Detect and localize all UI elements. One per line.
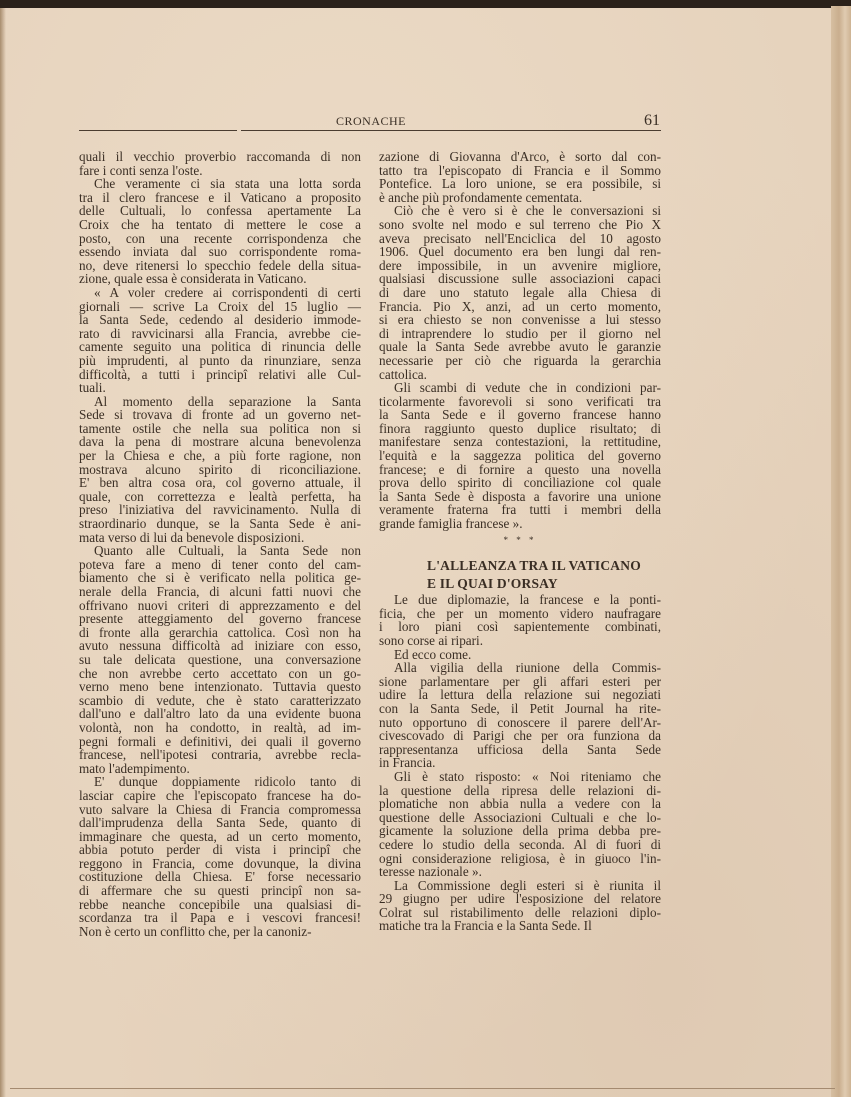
text-line: Sede si trovava di fronte ad un governo … bbox=[79, 408, 361, 422]
text-line: per la Chiesa e che, a più forte ragione… bbox=[79, 449, 361, 463]
text-line: francese, nell'ipotesi contraria, avrebb… bbox=[79, 748, 361, 762]
text-line: essendo inviata dal suo corrispondente r… bbox=[79, 245, 361, 259]
text-line: sione parlamentare per gli affari esteri… bbox=[379, 675, 661, 689]
text-line: di affermare che su questi principî non … bbox=[79, 884, 361, 898]
text-line: offrivano nuovi criteri di apprezzamento… bbox=[79, 599, 361, 613]
header-rule-left bbox=[79, 130, 237, 131]
text-line: ficia, che per un momento videro naufrag… bbox=[379, 607, 661, 621]
text-line: poteva fare a meno di tener conto del ca… bbox=[79, 558, 361, 572]
text-line: ogni considerazione religiosa, è in giuo… bbox=[379, 852, 661, 866]
text-line: dere impossibile, in un avvenire miglior… bbox=[379, 259, 661, 273]
text-line: Colrat sul ristabilimento delle relazion… bbox=[379, 906, 661, 920]
text-line: difficoltà, a tutti i principî relativi … bbox=[79, 368, 361, 382]
text-line: scambio di vedute, che è stato caratteri… bbox=[79, 694, 361, 708]
text-line: di intraprendere lo studio per il giorno… bbox=[379, 327, 661, 341]
section-heading: E IL QUAI D'ORSAY bbox=[379, 575, 661, 592]
page-number: 61 bbox=[644, 112, 660, 130]
text-line: grande famiglia francese ». bbox=[379, 517, 661, 531]
text-line: cedere lo studio della seconda. Al di fu… bbox=[379, 838, 661, 852]
text-line: la questione della ripresa delle relazio… bbox=[379, 784, 661, 798]
text-line: necessarie per ciò che riguarda la gerar… bbox=[379, 354, 661, 368]
text-line: matiche tra la Francia e la Santa Sede. … bbox=[379, 919, 661, 933]
text-line: Quanto alle Cultuali, la Santa Sede non bbox=[79, 544, 361, 558]
text-line: dall'uno e dall'altro lato da una eviden… bbox=[79, 707, 361, 721]
text-line: l'equità e la saggezza politica del gove… bbox=[379, 449, 661, 463]
text-line: Francia. Pio X, anzi, ad un certo moment… bbox=[379, 300, 661, 314]
binding-shadow bbox=[0, 8, 6, 1097]
text-line: udire la lettura della relazione sui neg… bbox=[379, 688, 661, 702]
text-line: E' dunque doppiamente ridicolo tanto di bbox=[79, 775, 361, 789]
text-line: aveva precisato nell'Enciclica del 10 ag… bbox=[379, 232, 661, 246]
text-line: mato l'adempimento. bbox=[79, 762, 361, 776]
page-edge-stack bbox=[831, 6, 851, 1097]
text-line: finora raggiunto questo duplice risultat… bbox=[379, 422, 661, 436]
running-header: CRONACHE 61 bbox=[78, 112, 658, 132]
text-line: tuali. bbox=[79, 381, 361, 395]
text-line: Gli scambi di vedute che in condizioni p… bbox=[379, 381, 661, 395]
text-line: francese; e di fornire a questo una nove… bbox=[379, 463, 661, 477]
text-line: con la Santa Sede, il Petit Journal ha r… bbox=[379, 702, 661, 716]
running-title: CRONACHE bbox=[336, 114, 406, 129]
text-line: sono corse ai ripari. bbox=[379, 634, 661, 648]
text-line: « A voler credere ai corrispondenti di c… bbox=[79, 286, 361, 300]
text-line: ticolarmente favorevoli si sono verifica… bbox=[379, 395, 661, 409]
text-line: delle Cultuali, lo confessa apertamente … bbox=[79, 204, 361, 218]
text-line: quale la Santa Sede avrebbe avuto le gar… bbox=[379, 340, 661, 354]
text-line: che non avrebbe certo accettato con un g… bbox=[79, 667, 361, 681]
section-break-asterisks: * * * bbox=[379, 534, 661, 548]
text-line: Alla vigilia della riunione della Commis… bbox=[379, 661, 661, 675]
text-line: Che veramente ci sia stata una lotta sor… bbox=[79, 177, 361, 191]
text-line: prova dello spirito di conciliazione col… bbox=[379, 476, 661, 490]
text-line: è anche più profondamente cementata. bbox=[379, 191, 661, 205]
text-line: più imprudenti, al punto da rinunziare, … bbox=[79, 354, 361, 368]
text-line: rato di ravvicinarsi alla Francia, avreb… bbox=[79, 327, 361, 341]
text-line: volontà, non ha condotto, in realtà, ad … bbox=[79, 721, 361, 735]
text-line: plomatiche non abbia nulla a vedere con … bbox=[379, 797, 661, 811]
text-line: di fronte alla gerarchia cattolica. Così… bbox=[79, 626, 361, 640]
text-line: dall'imprudenza della Santa Sede, quanto… bbox=[79, 816, 361, 830]
text-line: scordanza tra il Papa e i vescovi france… bbox=[79, 911, 361, 925]
text-line: la Santa Sede, cedendo al desiderio immo… bbox=[79, 313, 361, 327]
text-line: quali il vecchio proverbio raccomanda di… bbox=[79, 150, 361, 164]
text-line: Non è certo un conflitto che, per la can… bbox=[79, 925, 361, 939]
text-line: di dare uno statuto legale alla Chiesa d… bbox=[379, 286, 661, 300]
text-line: presente atteggiamento del governo franc… bbox=[79, 612, 361, 626]
text-line: E' ben altra cosa ora, col governo attua… bbox=[79, 476, 361, 490]
text-line: i loro piani così sapientemente combinat… bbox=[379, 620, 661, 634]
text-line: nerale della Francia, di alcuni fatti nu… bbox=[79, 585, 361, 599]
text-line: 29 giugno per udire l'esposizione del re… bbox=[379, 892, 661, 906]
text-line: preso l'iniziativa del ravvicinamento. N… bbox=[79, 503, 361, 517]
text-line: tatto tra l'episcopato di Francia e il S… bbox=[379, 164, 661, 178]
text-line: no, deve ritenersi lo specchio fedele de… bbox=[79, 259, 361, 273]
text-line: verno meno bene intenzionato. Tuttavia q… bbox=[79, 680, 361, 694]
text-line: rappresentanza ufficiosa della Santa Sed… bbox=[379, 743, 661, 757]
text-line: tra il clero francese e il Vaticano a pr… bbox=[79, 191, 361, 205]
text-line: teresse nazionale ». bbox=[379, 865, 661, 879]
text-line: quale, con correttezza e lealtà perfetta… bbox=[79, 490, 361, 504]
text-line: la Santa Sede e il governo francese hann… bbox=[379, 408, 661, 422]
text-line: mostrava alcuno spirito di riconciliazio… bbox=[79, 463, 361, 477]
text-line: La Commissione degli esteri si è riunita… bbox=[379, 879, 661, 893]
left-column: quali il vecchio proverbio raccomanda di… bbox=[79, 150, 361, 938]
text-line: manifestare senza contestazioni, la rett… bbox=[379, 435, 661, 449]
text-line: pegni formali e definitivi, dei quali il… bbox=[79, 735, 361, 749]
text-line: biamento che si è verificato nella polit… bbox=[79, 571, 361, 585]
section-heading: L'ALLEANZA TRA IL VATICANO bbox=[379, 557, 661, 574]
text-line: Pontefice. La loro unione, se era possib… bbox=[379, 177, 661, 191]
page-bottom-edge bbox=[10, 1088, 835, 1089]
text-line: Le due diplomazie, la francese e la pont… bbox=[379, 593, 661, 607]
text-line: tamente ostile che nella sua politica no… bbox=[79, 422, 361, 436]
text-line: questione delle Associazioni Cultuali e … bbox=[379, 811, 661, 825]
text-line: su tale delicata questione, una conversa… bbox=[79, 653, 361, 667]
text-line: si era chiesto se non convenisse a lui s… bbox=[379, 313, 661, 327]
text-line: sono svolte nel modo e sul terreno che P… bbox=[379, 218, 661, 232]
text-line: giornali — scrive La Croix del 15 luglio… bbox=[79, 300, 361, 314]
right-column: zazione di Giovanna d'Arco, è sorto dal … bbox=[379, 150, 661, 933]
text-line: Al momento della separazione la Santa bbox=[79, 395, 361, 409]
text-line: cattolica. bbox=[379, 368, 661, 382]
text-line: immaginare che questa, ad un certo momen… bbox=[79, 830, 361, 844]
text-line: Croix che ha tentato di mettere le cose … bbox=[79, 218, 361, 232]
text-line: avuto nessuna difficoltà ad iniziare con… bbox=[79, 639, 361, 653]
text-line: la Santa Sede è disposta a favorire una … bbox=[379, 490, 661, 504]
text-line: Ciò che è vero si è che le conversazioni… bbox=[379, 204, 661, 218]
text-line: Ed ecco come. bbox=[379, 648, 661, 662]
text-line: camente seguito una politica di rinuncia… bbox=[79, 340, 361, 354]
text-line: vuto salvare la Chiesa di Francia compro… bbox=[79, 803, 361, 817]
text-line: qualsiasi discussione sulle associazioni… bbox=[379, 272, 661, 286]
text-line: zione, quale essa è considerata in Vatic… bbox=[79, 272, 361, 286]
text-line: lasciar capire che l'episcopato francese… bbox=[79, 789, 361, 803]
text-line: rebbe neanche concepibile una qualsiasi … bbox=[79, 898, 361, 912]
text-line: posto, con una recente corrispondenza ch… bbox=[79, 232, 361, 246]
text-line: straordinario dunque, se la Santa Sede è… bbox=[79, 517, 361, 531]
text-line: zazione di Giovanna d'Arco, è sorto dal … bbox=[379, 150, 661, 164]
text-line: abbia potuto perder di vista i principî … bbox=[79, 843, 361, 857]
text-line: 1906. Quel documento era ben lungi dal r… bbox=[379, 245, 661, 259]
text-line: gicamente la soluzione della prima debba… bbox=[379, 824, 661, 838]
text-line: mata verso di lui da benevole disposizio… bbox=[79, 531, 361, 545]
text-line: dava la pena di mostrare alcuna benevole… bbox=[79, 435, 361, 449]
text-line: Gli è stato risposto: « Noi riteniamo ch… bbox=[379, 770, 661, 784]
text-line: in Francia. bbox=[379, 756, 661, 770]
text-line: civescovado di Parigi che per ora funzio… bbox=[379, 729, 661, 743]
text-line: reggono in Francia, come dovunque, la di… bbox=[79, 857, 361, 871]
text-line: veramente fraterna fra tutti i membri de… bbox=[379, 503, 661, 517]
text-line: nuto opportuno di conoscere il parere de… bbox=[379, 716, 661, 730]
text-line: fare i conti senza l'oste. bbox=[79, 164, 361, 178]
header-rule-right bbox=[241, 130, 661, 131]
text-line: costituzione della Chiesa. E' forse nece… bbox=[79, 870, 361, 884]
